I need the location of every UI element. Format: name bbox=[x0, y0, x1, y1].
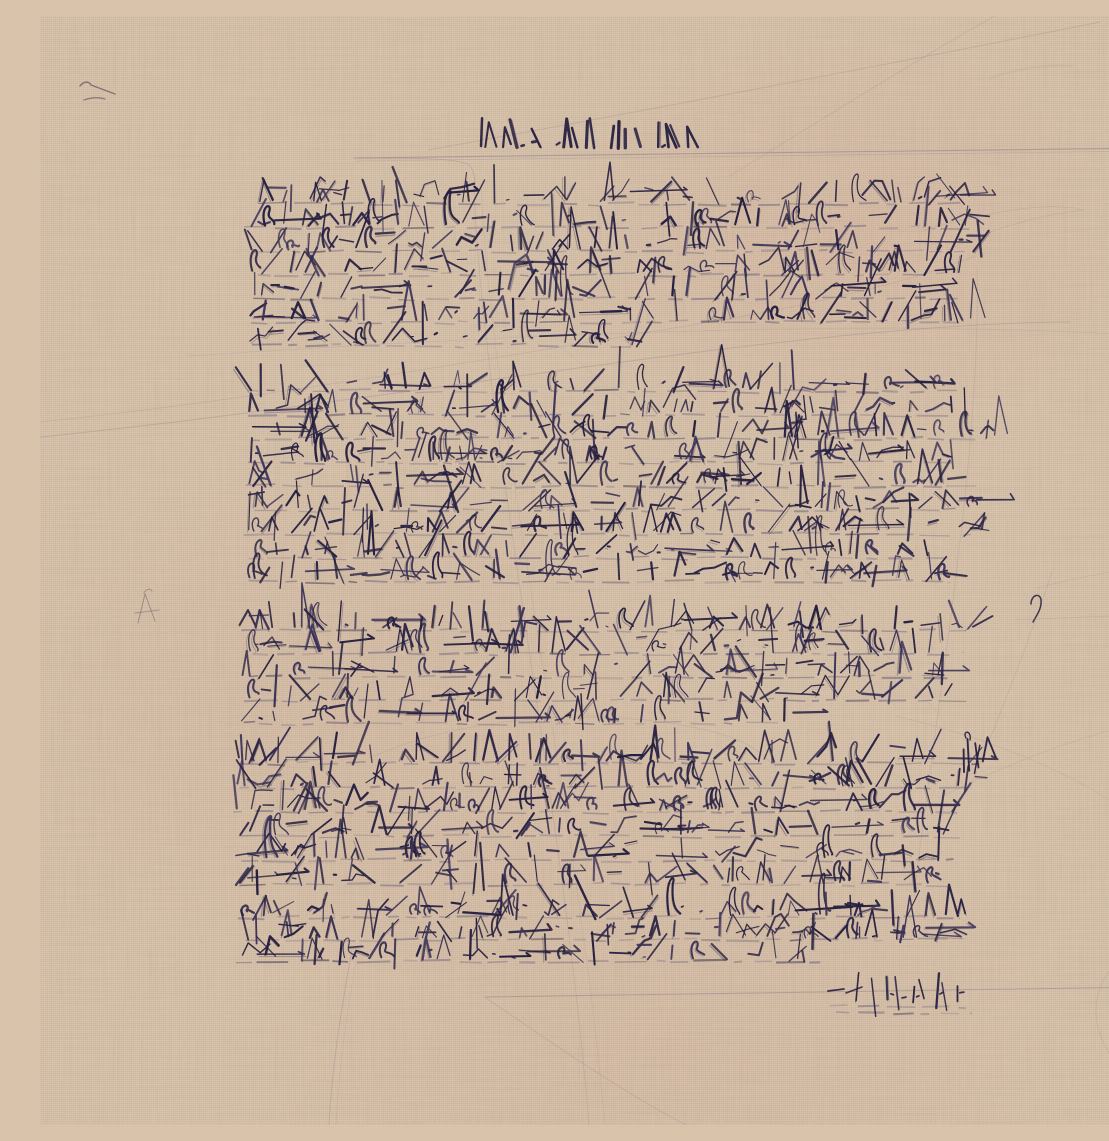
manuscript-canvas bbox=[40, 16, 1109, 1125]
asemic-manuscript bbox=[40, 16, 1109, 1125]
paper-grain-overlay bbox=[40, 16, 1109, 1125]
